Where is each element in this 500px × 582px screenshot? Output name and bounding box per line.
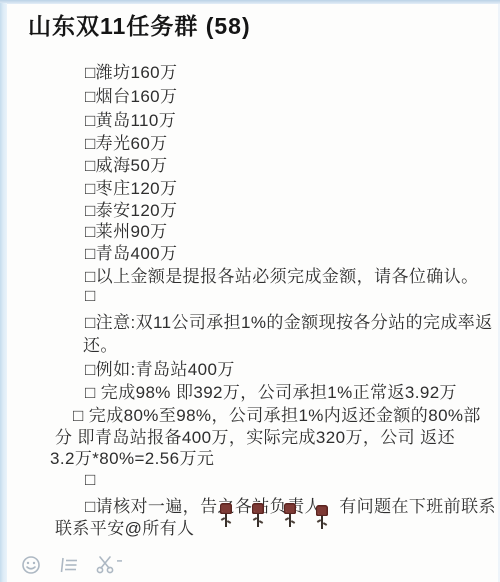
message-line: □威海50万 — [85, 151, 168, 176]
window-left-border — [0, 3, 7, 582]
screenshot-scissors-icon[interactable] — [94, 554, 118, 576]
message-line: □潍坊160万 — [85, 58, 177, 83]
message-line: □ 完成98% 即392万，公司承担1%正常返3.92万 — [85, 378, 457, 403]
group-chat-title: 山东双11任务群 (58) — [28, 8, 251, 41]
message-line: □青岛400万 — [85, 239, 177, 264]
message-line: □ — [85, 470, 96, 490]
message-line: □以上金额是提报各站必须完成金额，请各位确认。 — [85, 262, 478, 287]
message-line: □黄岛110万 — [85, 106, 176, 131]
rose-icon — [250, 503, 265, 530]
message-line: 联系平安@所有人 — [55, 514, 194, 539]
chat-window: 山东双11任务群 (58) □潍坊160万 □烟台160万 □黄岛110万 □寿… — [0, 0, 500, 582]
rose-icon — [218, 503, 233, 530]
rose-icon — [282, 503, 297, 530]
rose-icon — [314, 505, 329, 532]
message-line: □ — [85, 286, 96, 306]
message-line: 还。 — [83, 331, 118, 356]
message-line: 3.2万*80%=2.56万元 — [50, 444, 214, 469]
message-line: □例如:青岛站400万 — [85, 355, 235, 380]
chat-record-list-icon[interactable] — [58, 554, 82, 576]
chat-input-toolbar — [0, 548, 500, 582]
message-line: □注意:双11公司承担1%的金额现按各分站的完成率返 — [85, 308, 493, 333]
window-top-border — [0, 0, 500, 4]
emoji-smiley-icon[interactable] — [20, 554, 44, 576]
message-line: □烟台160万 — [85, 82, 177, 107]
